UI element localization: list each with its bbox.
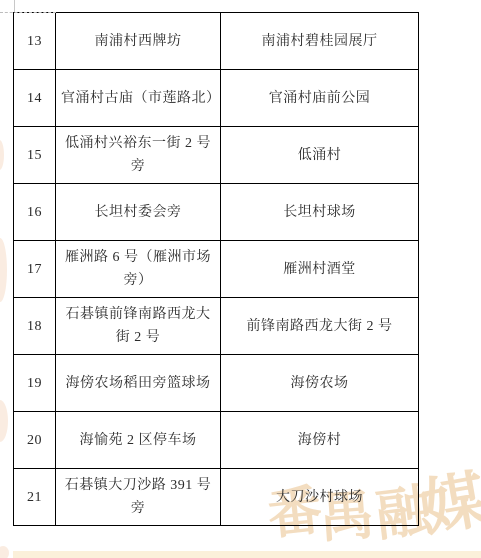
table-row: 19 海傍农场稻田旁篮球场 海傍农场: [14, 355, 419, 412]
venue-cell: 海傍农场: [221, 355, 419, 412]
venue-cell: 大刀沙村球场: [221, 469, 419, 526]
table-row: 17 雁洲路 6 号（雁洲市场旁） 雁洲村酒堂: [14, 241, 419, 298]
location-cell: 低涌村兴裕东一街 2 号旁: [56, 127, 221, 184]
document-page: 番 禺 融 媒 13 南浦村西牌坊 南浦村碧桂园展厅 14 官涌村古庙（市莲路北…: [0, 0, 481, 558]
row-number-cell: 18: [14, 298, 56, 355]
locations-table: 13 南浦村西牌坊 南浦村碧桂园展厅 14 官涌村古庙（市莲路北） 官涌村庙前公…: [13, 12, 419, 526]
table-row: 18 石碁镇前锋南路西龙大街 2 号 前锋南路西龙大街 2 号: [14, 298, 419, 355]
location-cell: 雁洲路 6 号（雁洲市场旁）: [56, 241, 221, 298]
table-row: 15 低涌村兴裕东一街 2 号旁 低涌村: [14, 127, 419, 184]
row-number-cell: 20: [14, 412, 56, 469]
left-watermark-fragment: [0, 238, 7, 302]
venue-cell: 官涌村庙前公园: [221, 70, 419, 127]
left-watermark-fragment: [0, 400, 8, 442]
location-cell: 长坦村委会旁: [56, 184, 221, 241]
location-cell: 石碁镇大刀沙路 391 号旁: [56, 469, 221, 526]
table-row: 21 石碁镇大刀沙路 391 号旁 大刀沙村球场: [14, 469, 419, 526]
table-row: 14 官涌村古庙（市莲路北） 官涌村庙前公园: [14, 70, 419, 127]
row-number-cell: 14: [14, 70, 56, 127]
row-number-cell: 21: [14, 469, 56, 526]
left-watermark-fragment: [0, 140, 4, 170]
row-number-cell: 19: [14, 355, 56, 412]
bottom-watermark-strip: [13, 551, 481, 558]
table-row: 13 南浦村西牌坊 南浦村碧桂园展厅: [14, 13, 419, 70]
venue-cell: 雁洲村酒堂: [221, 241, 419, 298]
location-cell: 海愉苑 2 区停车场: [56, 412, 221, 469]
left-watermark-fragment: [0, 546, 9, 558]
venue-cell: 前锋南路西龙大街 2 号: [221, 298, 419, 355]
row-number-cell: 15: [14, 127, 56, 184]
row-number-cell: 13: [14, 13, 56, 70]
venue-cell: 低涌村: [221, 127, 419, 184]
location-cell: 南浦村西牌坊: [56, 13, 221, 70]
table-row: 16 长坦村委会旁 长坦村球场: [14, 184, 419, 241]
location-cell: 官涌村古庙（市莲路北）: [56, 70, 221, 127]
location-cell: 海傍农场稻田旁篮球场: [56, 355, 221, 412]
page-break-vertical-line: [14, 0, 15, 12]
table-row: 20 海愉苑 2 区停车场 海傍村: [14, 412, 419, 469]
page-break-dashed-line: [0, 12, 56, 13]
watermark-char: 媒: [419, 469, 481, 541]
row-number-cell: 17: [14, 241, 56, 298]
row-number-cell: 16: [14, 184, 56, 241]
venue-cell: 南浦村碧桂园展厅: [221, 13, 419, 70]
location-cell: 石碁镇前锋南路西龙大街 2 号: [56, 298, 221, 355]
venue-cell: 海傍村: [221, 412, 419, 469]
venue-cell: 长坦村球场: [221, 184, 419, 241]
